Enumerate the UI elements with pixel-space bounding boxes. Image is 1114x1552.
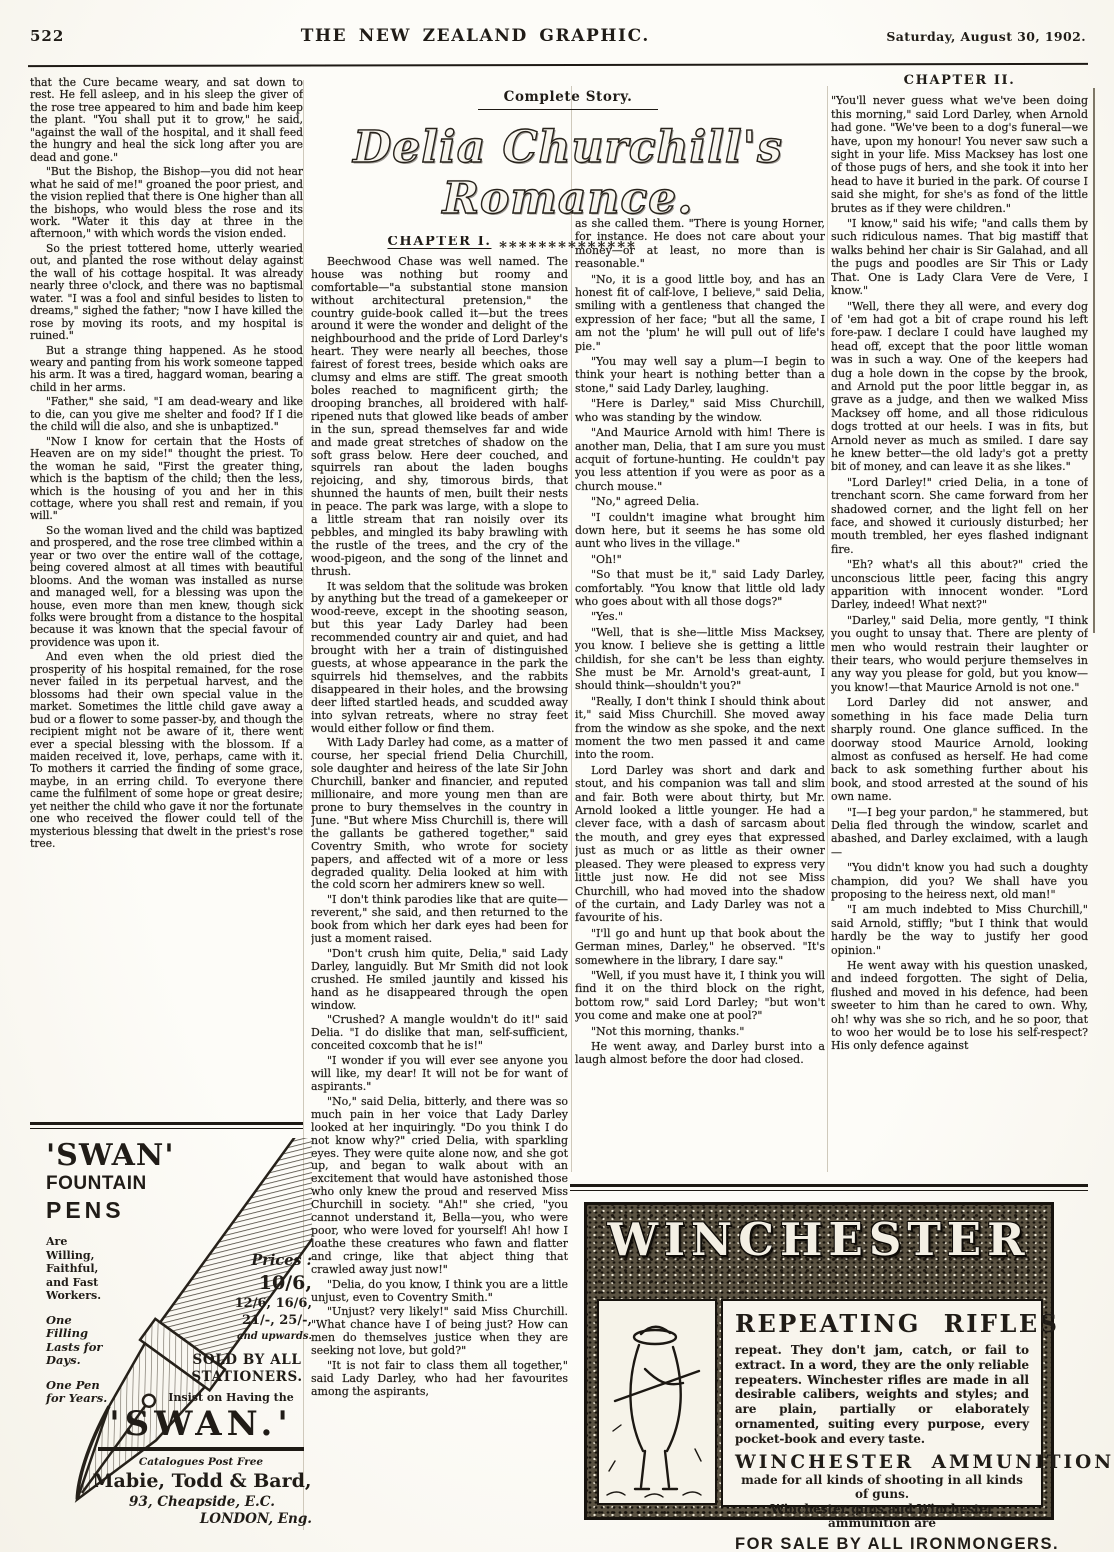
- story-paragraph: "You'll never guess what we've been doin…: [831, 94, 1088, 215]
- story-paragraph: "Lord Darley!" cried Delia, in a tone of…: [831, 476, 1088, 556]
- hunter-illustration: [597, 1299, 717, 1505]
- swan-price-line: 12/6, 16/6,: [222, 1296, 312, 1311]
- story-title: Delia Churchill's Romance.: [308, 122, 828, 224]
- story-paragraph: "So that must be it," said Lady Darley, …: [575, 568, 825, 608]
- article-paragraph: But a strange thing happened. As he stoo…: [30, 345, 303, 395]
- story-paragraph: "You may well say a plum—I begin to thin…: [575, 355, 825, 395]
- swan-address-line2: LONDON, Eng.: [122, 1511, 312, 1527]
- story-paragraph: "Don't crush him quite, Delia," said Lad…: [311, 948, 568, 1013]
- story-paragraph: "Well, there they all were, and every do…: [831, 300, 1088, 474]
- article-paragraph: So the priest tottered home, utterly wea…: [30, 243, 303, 343]
- winchester-ammo-heading: WINCHESTER AMMUNITION: [735, 1452, 1029, 1473]
- story-kicker: Complete Story.: [478, 89, 659, 110]
- article-paragraph: that the Cure became weary, and sat down…: [30, 77, 303, 164]
- story-paragraph: "Here is Darley," said Miss Churchill, w…: [575, 397, 825, 424]
- story-paragraph: "I know," said his wife; "and calls them…: [831, 217, 1088, 297]
- story-paragraph: "Oh!": [575, 553, 825, 566]
- winchester-ammo-line: Winchester guns and Winchester ammunitio…: [735, 1502, 1029, 1531]
- swan-fountain-word: FOUNTAIN: [46, 1173, 186, 1195]
- story-paragraph: "I'll go and hunt up that book about the…: [575, 927, 825, 967]
- swan-slogan-1: Are Willing, Faithful, and Fast Workers.: [46, 1235, 118, 1303]
- story-paragraph: It was seldom that the solitude was brok…: [311, 581, 568, 736]
- story-paragraph: "Delia, do you know, I think you are a l…: [311, 1279, 568, 1305]
- story-paragraph: "No," said Delia, bitterly, and there wa…: [311, 1096, 568, 1277]
- article-paragraph: "Now I know for certain that the Hosts o…: [30, 436, 303, 523]
- story-paragraph: "No," agreed Delia.: [575, 495, 825, 508]
- story-paragraph: Beechwood Chase was well named. The hous…: [311, 256, 568, 579]
- margin-rule: [1093, 88, 1095, 633]
- winchester-body-text: repeat. They don't jam, catch, or fail t…: [735, 1343, 1029, 1447]
- story-paragraph: "And Maurice Arnold with him! There is a…: [575, 426, 825, 493]
- swan-price-line: 21/-, 25/-,: [222, 1313, 312, 1328]
- newspaper-page: 522 THE NEW ZEALAND GRAPHIC. Saturday, A…: [0, 0, 1114, 1552]
- winchester-brand: WINCHESTER: [587, 1213, 1051, 1266]
- swan-address-line1: 93, Cheapside, E.C.: [92, 1494, 312, 1510]
- story-paragraph: With Lady Darley had come, as a matter o…: [311, 737, 568, 892]
- swan-insist-line: Insist on Having the: [148, 1391, 314, 1404]
- story-paragraph: "I couldn't imagine what brought him dow…: [575, 511, 825, 551]
- column1-divider-rule: [30, 1122, 303, 1129]
- story-paragraph: "Really, I don't think I should think ab…: [575, 695, 825, 762]
- swan-company-name: Mabie, Todd & Bard,: [92, 1470, 312, 1492]
- swan-ad-left-text: 'SWAN' FOUNTAIN PENS Are Willing, Faithf…: [46, 1138, 186, 1406]
- story-paragraph: "Crushed? A mangle wouldn't do it!" said…: [311, 1014, 568, 1053]
- page-number: 522: [30, 27, 64, 45]
- story-paragraph: "You didn't know you had such a doughty …: [831, 861, 1088, 901]
- swan-slogan-3: One Pen for Years.: [46, 1379, 110, 1406]
- swan-pens-word: PENS: [46, 1197, 186, 1224]
- winchester-ad: WINCHESTER REPEATING RIFLES rep: [584, 1202, 1054, 1520]
- story-paragraph: "I—I beg your pardon," he stammered, but…: [831, 806, 1088, 860]
- story-paragraph: "Eh? what's all this about?" cried the u…: [831, 558, 1088, 612]
- page-header: 522 THE NEW ZEALAND GRAPHIC. Saturday, A…: [30, 26, 1086, 46]
- swan-price-main: 10/6,: [222, 1272, 312, 1294]
- column-3: as she called them. "There is young Horn…: [575, 217, 825, 1165]
- swan-brand: 'SWAN': [46, 1138, 186, 1173]
- winchester-ammo-line: made for all kinds of shooting in all ki…: [735, 1473, 1029, 1502]
- story-paragraph: "Yes.": [575, 610, 825, 623]
- swan-slogan-2: One Filling Lasts for Days.: [46, 1314, 110, 1368]
- column-4: CHAPTER II. "You'll never guess what we'…: [831, 74, 1088, 1176]
- column-1: that the Cure became weary, and sat down…: [30, 77, 303, 1117]
- swan-big-name: 'SWAN.': [98, 1404, 304, 1451]
- story-paragraph: "I don't think parodies like that are qu…: [311, 894, 568, 946]
- winchester-text-panel: REPEATING RIFLES repeat. They don't jam,…: [721, 1299, 1043, 1507]
- story-paragraph: "Darley," said Delia, more gently, "I th…: [831, 614, 1088, 694]
- chapter2-heading: CHAPTER II.: [831, 74, 1088, 87]
- story-paragraph: "No, it is a good little boy, and has an…: [575, 273, 825, 353]
- story-paragraph: "Well, if you must have it, I think you …: [575, 969, 825, 1023]
- story-paragraph: He went away with his question unasked, …: [831, 959, 1088, 1053]
- story-paragraph: Lord Darley did not answer, and somethin…: [831, 696, 1088, 803]
- story-paragraph: Lord Darley was short and dark and stout…: [575, 764, 825, 925]
- winchester-footer: FOR SALE BY ALL IRONMONGERS.: [735, 1535, 1029, 1552]
- swan-prices-block: Prices : 10/6, 12/6, 16/6, 21/-, 25/-, a…: [222, 1252, 312, 1342]
- winchester-divider-rule: [570, 1184, 1088, 1191]
- story-paragraph: "Not this morning, thanks.": [575, 1025, 825, 1038]
- swan-prices-label: Prices :: [222, 1252, 312, 1269]
- story-paragraph: "I am much indebted to Miss Churchill," …: [831, 903, 1088, 957]
- story-paragraph: "I wonder if you will ever see anyone yo…: [311, 1055, 568, 1094]
- header-rule: [28, 63, 1088, 67]
- swan-catalogues-line: Catalogues Post Free: [118, 1456, 284, 1468]
- chapter1-heading: CHAPTER I.: [311, 236, 568, 249]
- swan-price-note: and upwards.: [222, 1331, 312, 1342]
- article-paragraph: So the woman lived and the child was bap…: [30, 525, 303, 650]
- story-paragraph: "It is not fair to class them all togeth…: [311, 1360, 568, 1399]
- story-paragraph: as she called them. "There is young Horn…: [575, 217, 825, 271]
- story-paragraph: "Well, that is she—little Miss Macksey, …: [575, 626, 825, 693]
- column-2: CHAPTER I. Beechwood Chase was well name…: [311, 236, 568, 1548]
- story-paragraph: "Unjust? very likely!" said Miss Churchi…: [311, 1306, 568, 1358]
- article-paragraph: "Father," she said, "I am dead-weary and…: [30, 396, 303, 433]
- article-paragraph: And even when the old priest died the pr…: [30, 651, 303, 850]
- article-paragraph: "But the Bishop, the Bishop—you did not …: [30, 166, 303, 241]
- swan-sold-by: SOLD BY ALL STATIONERS.: [172, 1352, 322, 1386]
- story-paragraph: He went away, and Darley burst into a la…: [575, 1040, 825, 1067]
- winchester-headline: REPEATING RIFLES: [735, 1309, 1029, 1338]
- swan-fountain-pens-ad: 'SWAN' FOUNTAIN PENS Are Willing, Faithf…: [30, 1138, 312, 1552]
- hunter-illustration-svg: [599, 1301, 715, 1503]
- issue-date: Saturday, August 30, 1902.: [886, 29, 1086, 44]
- paper-title: THE NEW ZEALAND GRAPHIC.: [301, 26, 650, 46]
